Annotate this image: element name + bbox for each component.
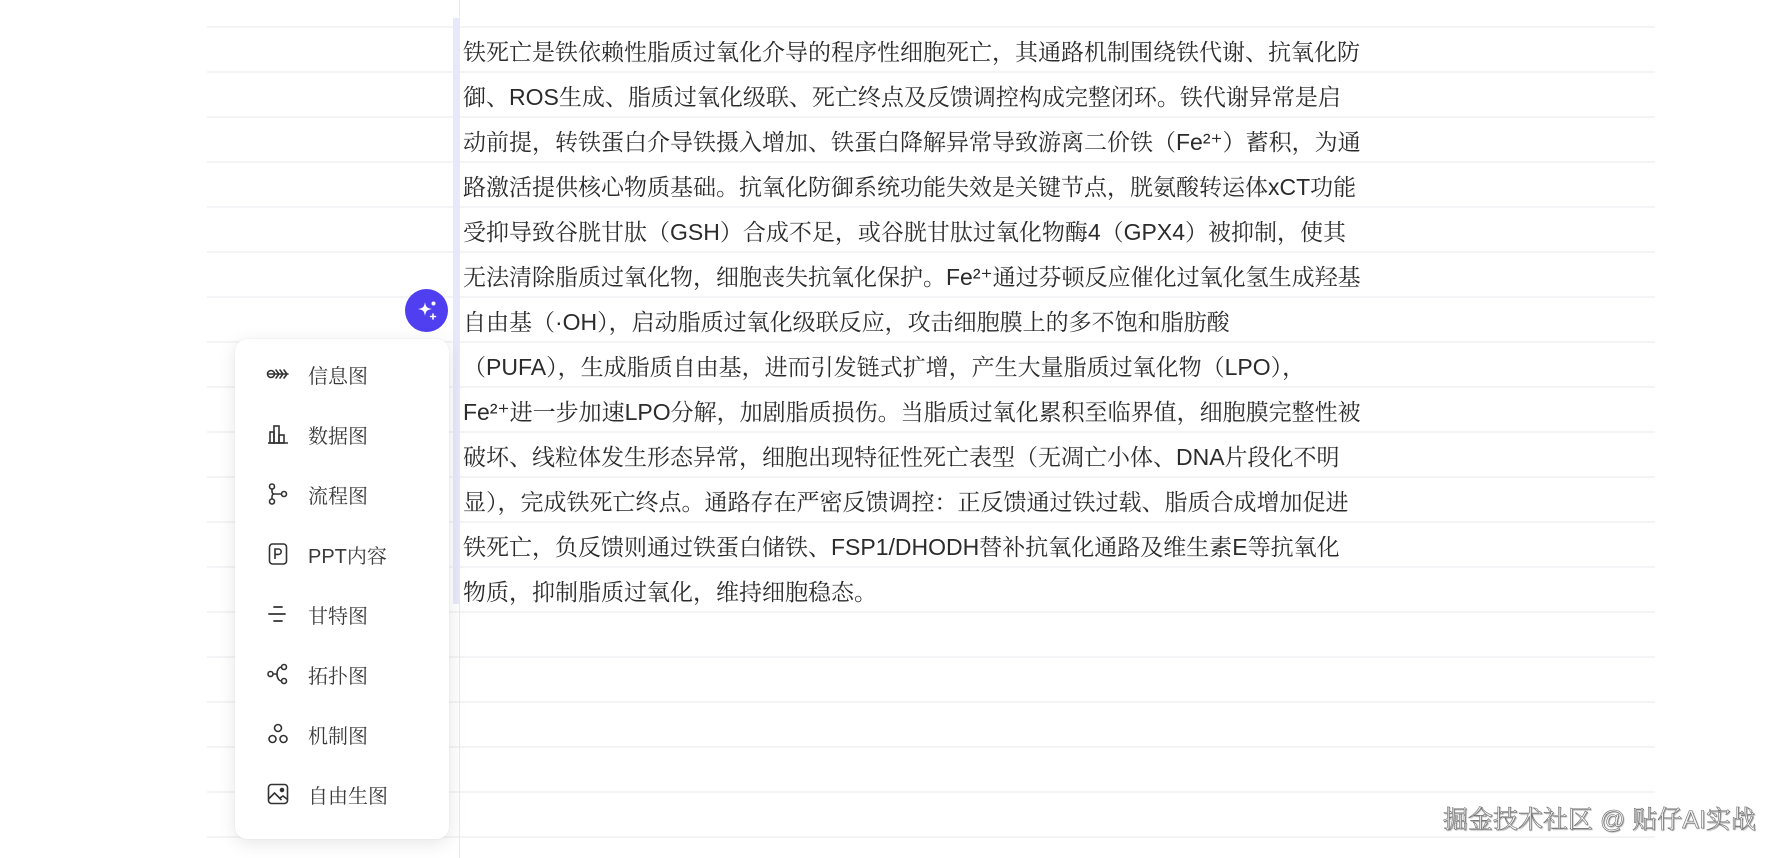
- rule-line: [207, 26, 1655, 28]
- menu-item-label: 机制图: [308, 720, 368, 749]
- menu-item-free-image[interactable]: 自由生图: [235, 772, 449, 816]
- text-line: 显），完成铁死亡终点。通路存在严密反馈调控：正反馈通过铁过载、脂质合成增加促进: [463, 480, 1413, 525]
- document-paragraph[interactable]: 铁死亡是铁依赖性脂质过氧化介导的程序性细胞死亡，其通路机制围绕铁代谢、抗氧化防 …: [463, 30, 1413, 615]
- gantt-icon: [266, 602, 290, 626]
- watermark: 掘金技术社区 @ 贴仔AI实战: [1443, 800, 1756, 836]
- sparkle-icon: [414, 298, 440, 324]
- menu-item-infographic[interactable]: 信息图: [235, 352, 449, 396]
- text-line: 物质，抑制脂质过氧化，维持细胞稳态。: [463, 570, 1413, 615]
- text-line: 无法清除脂质过氧化物，细胞丧失抗氧化保护。Fe²⁺通过芬顿反应催化过氧化氢生成羟…: [463, 255, 1413, 300]
- menu-item-topology[interactable]: 拓扑图: [235, 652, 449, 696]
- menu-item-ppt-content[interactable]: PPT内容: [235, 532, 449, 576]
- text-line: 铁死亡是铁依赖性脂质过氧化介导的程序性细胞死亡，其通路机制围绕铁代谢、抗氧化防: [463, 30, 1413, 75]
- menu-item-label: 自由生图: [308, 780, 388, 809]
- text-line: 动前提，转铁蛋白介导铁摄入增加、铁蛋白降解异常导致游离二价铁（Fe²⁺）蓄积，为…: [463, 120, 1413, 165]
- insert-diagram-menu: 信息图 数据图 流程图 PPT内容 甘特图 拓扑图 机制图: [235, 339, 449, 839]
- menu-item-label: 信息图: [308, 360, 368, 389]
- image-icon: [266, 782, 290, 806]
- ppt-icon: [266, 542, 290, 566]
- topology-icon: [266, 662, 290, 686]
- block-selection-bar[interactable]: [453, 18, 459, 604]
- menu-item-label: PPT内容: [308, 540, 387, 569]
- menu-item-label: 数据图: [308, 420, 368, 449]
- text-line: 自由基（·OH），启动脂质过氧化级联反应，攻击细胞膜上的多不饱和脂肪酸: [463, 300, 1413, 345]
- menu-item-gantt[interactable]: 甘特图: [235, 592, 449, 636]
- menu-item-flowchart[interactable]: 流程图: [235, 472, 449, 516]
- text-line: Fe²⁺进一步加速LPO分解，加剧脂质损伤。当脂质过氧化累积至临界值，细胞膜完整…: [463, 390, 1413, 435]
- mechanism-icon: [266, 722, 290, 746]
- text-line: 受抑导致谷胱甘肽（GSH）合成不足，或谷胱甘肽过氧化物酶4（GPX4）被抑制，使…: [463, 210, 1413, 255]
- flowchart-icon: [266, 482, 290, 506]
- text-line: 破坏、线粒体发生形态异常，细胞出现特征性死亡表型（无凋亡小体、DNA片段化不明: [463, 435, 1413, 480]
- margin-line: [459, 0, 460, 858]
- text-line: 铁死亡，负反馈则通过铁蛋白储铁、FSP1/DHODH替补抗氧化通路及维生素E等抗…: [463, 525, 1413, 570]
- text-line: （PUFA），生成脂质自由基，进而引发链式扩增，产生大量脂质过氧化物（LPO），: [463, 345, 1413, 390]
- text-line: 路激活提供核心物质基础。抗氧化防御系统功能失效是关键节点，胱氨酸转运体xCT功能: [463, 165, 1413, 210]
- menu-item-label: 流程图: [308, 480, 368, 509]
- bar-chart-icon: [266, 422, 290, 446]
- fishbone-icon: [266, 362, 290, 386]
- menu-item-label: 甘特图: [308, 600, 368, 629]
- menu-item-label: 拓扑图: [308, 660, 368, 689]
- menu-item-data-chart[interactable]: 数据图: [235, 412, 449, 456]
- menu-item-mechanism[interactable]: 机制图: [235, 712, 449, 756]
- ai-assistant-button[interactable]: [405, 289, 448, 332]
- text-line: 御、ROS生成、脂质过氧化级联、死亡终点及反馈调控构成完整闭环。铁代谢异常是启: [463, 75, 1413, 120]
